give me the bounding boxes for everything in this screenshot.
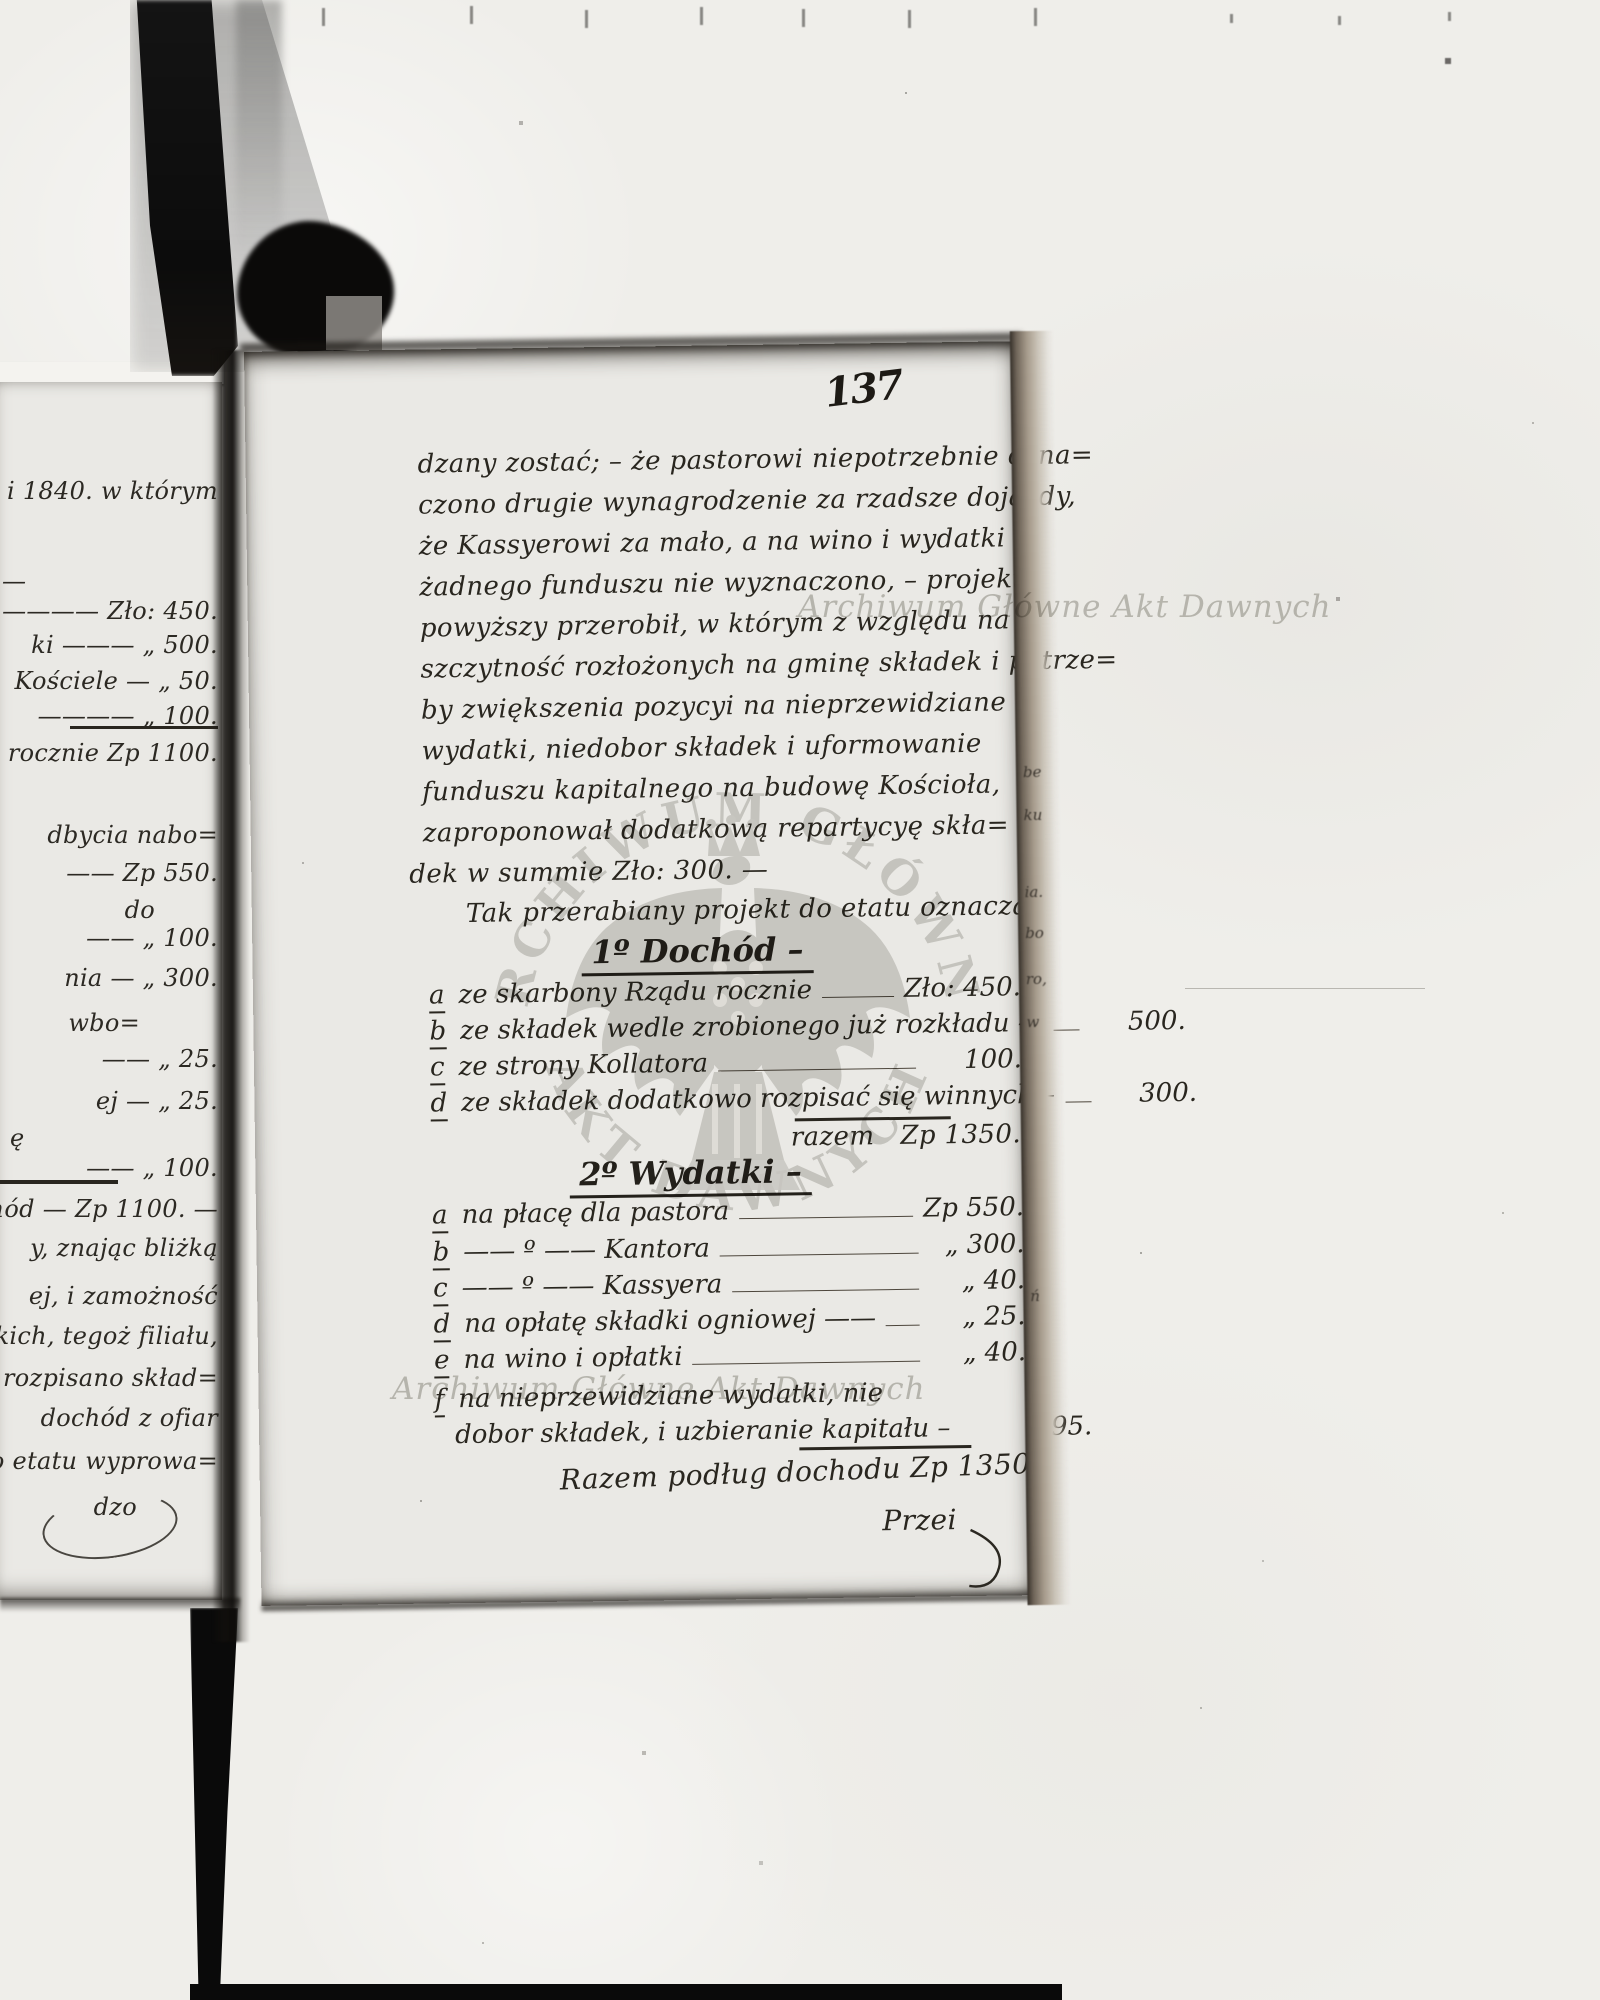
book-gutter-shadow xyxy=(212,350,250,1642)
item-letter: c xyxy=(433,1274,448,1306)
film-tick xyxy=(1230,14,1233,23)
film-tick xyxy=(470,6,473,24)
dash-rule xyxy=(693,1361,921,1365)
manuscript-line: —— „ 100. xyxy=(86,1155,218,1181)
item-letter: c xyxy=(430,1053,445,1085)
expense-row: c —— º —— Kassyera „ 40. xyxy=(433,1266,1025,1306)
dash-rule xyxy=(886,1325,920,1326)
catchword: Przei xyxy=(882,1504,957,1537)
film-tick xyxy=(585,10,588,28)
item-letter: b xyxy=(429,1017,446,1049)
item-letter: a xyxy=(429,981,445,1013)
manuscript-line: dzany zostać; – że pastorowi niepotrzebn… xyxy=(417,441,1093,480)
sum-underline xyxy=(0,1180,118,1184)
manuscript-line: kich, tegoż filiału, xyxy=(0,1323,218,1349)
pen-flourish xyxy=(960,1527,1007,1594)
dust-specks xyxy=(0,0,2,2)
manuscript-line: nia — „ 300. xyxy=(64,965,218,991)
item-letter: b xyxy=(432,1238,449,1270)
film-tick xyxy=(1338,16,1341,25)
film-streak-artifact xyxy=(236,0,282,262)
expense-row: d na opłatę składki ogniowej —— „ 25. xyxy=(433,1302,1025,1342)
item-amount: „ 40. xyxy=(929,1266,1025,1297)
manuscript-line: ki ——— „ 500. xyxy=(31,632,218,658)
scratch-mark xyxy=(1185,988,1425,989)
manuscript-line: 39, i 1840. w którym xyxy=(0,478,218,504)
manuscript-line: — xyxy=(2,568,26,594)
manuscript-line: wbo= xyxy=(68,1010,140,1036)
archive-seal-watermark: ARCHIWUM GŁÓWNE AKT DAWNYCH xyxy=(478,728,998,1248)
dash-rule xyxy=(732,1289,919,1293)
manuscript-line: —— „ 100. xyxy=(86,925,218,951)
manuscript-line: do etatu wyprowa= xyxy=(0,1448,218,1474)
edge-fragment: ia. xyxy=(1025,885,1044,900)
film-tick xyxy=(1034,8,1037,26)
manuscript-line: by zwiększenia pozycyi na nieprzewidzian… xyxy=(421,688,1007,726)
edge-fragment: bo xyxy=(1025,926,1044,941)
manuscript-line: ej, i zamożność xyxy=(29,1283,218,1309)
manuscript-line: dochód z ofiar xyxy=(41,1405,218,1431)
film-tick xyxy=(700,7,703,25)
archive-watermark-text: Archiwum Główne Akt Dawnych xyxy=(392,1374,926,1405)
item-letter: a xyxy=(432,1201,448,1233)
manuscript-line: że Kassyerowi za mało, a na wino i wydat… xyxy=(419,524,1006,562)
grand-total-line: Razem podług dochodu Zp 1350. xyxy=(559,1448,1020,1496)
film-tick xyxy=(1448,12,1451,21)
manuscript-line: łu ———— Zło: 450. xyxy=(0,598,218,624)
page-number: 137 xyxy=(822,365,904,414)
film-tick xyxy=(802,9,805,27)
manuscript-line: ę xyxy=(10,1125,25,1151)
manuscript-line: Kościele — „ 50. xyxy=(14,668,218,694)
film-tick xyxy=(322,8,325,26)
scanned-archival-document: { "document": { "page_number": "137", "w… xyxy=(0,0,1600,2000)
manuscript-line: szczytność rozłożonych na gminę składek … xyxy=(420,646,1117,686)
archive-watermark-text: Archiwum Główne Akt Dawnych xyxy=(798,592,1332,623)
manuscript-line: do xyxy=(125,897,155,923)
edge-fragment: w xyxy=(1026,1015,1039,1030)
item-amount: „ 25. xyxy=(929,1302,1025,1333)
manuscript-line: dochód — Zp 1100. — xyxy=(0,1196,218,1222)
manuscript-line: ej — „ 25. xyxy=(96,1088,218,1114)
dash-rule xyxy=(720,1253,919,1257)
manuscript-line: —— „ 25. xyxy=(102,1046,218,1072)
edge-fragment: ro, xyxy=(1026,972,1047,987)
edge-fragment: be xyxy=(1023,765,1042,780)
film-tick xyxy=(908,10,911,28)
item-label: —— º —— Kassyera xyxy=(461,1270,722,1304)
edge-fragment: ku xyxy=(1023,808,1042,823)
manuscript-line: dbycia nabo= xyxy=(47,822,218,848)
manuscript-line: —— Zp 550. xyxy=(66,860,218,886)
manuscript-line: rozpisano skład= xyxy=(3,1365,218,1391)
pen-flourish xyxy=(38,1485,182,1567)
item-amount: 500. xyxy=(1090,1007,1186,1038)
item-letter: d xyxy=(433,1310,450,1342)
item-amount: 300. xyxy=(1101,1079,1197,1110)
item-letter: d xyxy=(430,1089,447,1121)
item-label: na opłatę składki ogniowej —— xyxy=(464,1304,876,1340)
left-page: 39, i 1840. w którym — łu ———— Zło: 450.… xyxy=(0,382,222,1600)
item-amount: „ 40. xyxy=(930,1338,1026,1369)
manuscript-line: czono drugie wynagrodzenie za rzadsze do… xyxy=(418,482,1076,521)
manuscript-line: y, znając bliżką xyxy=(30,1235,218,1261)
manuscript-line: rocznie Zp 1100. xyxy=(8,740,218,766)
sum-underline xyxy=(70,726,218,729)
edge-fragment: ń xyxy=(1030,1289,1040,1304)
film-bar-bottom-artifact xyxy=(190,1984,1062,2000)
